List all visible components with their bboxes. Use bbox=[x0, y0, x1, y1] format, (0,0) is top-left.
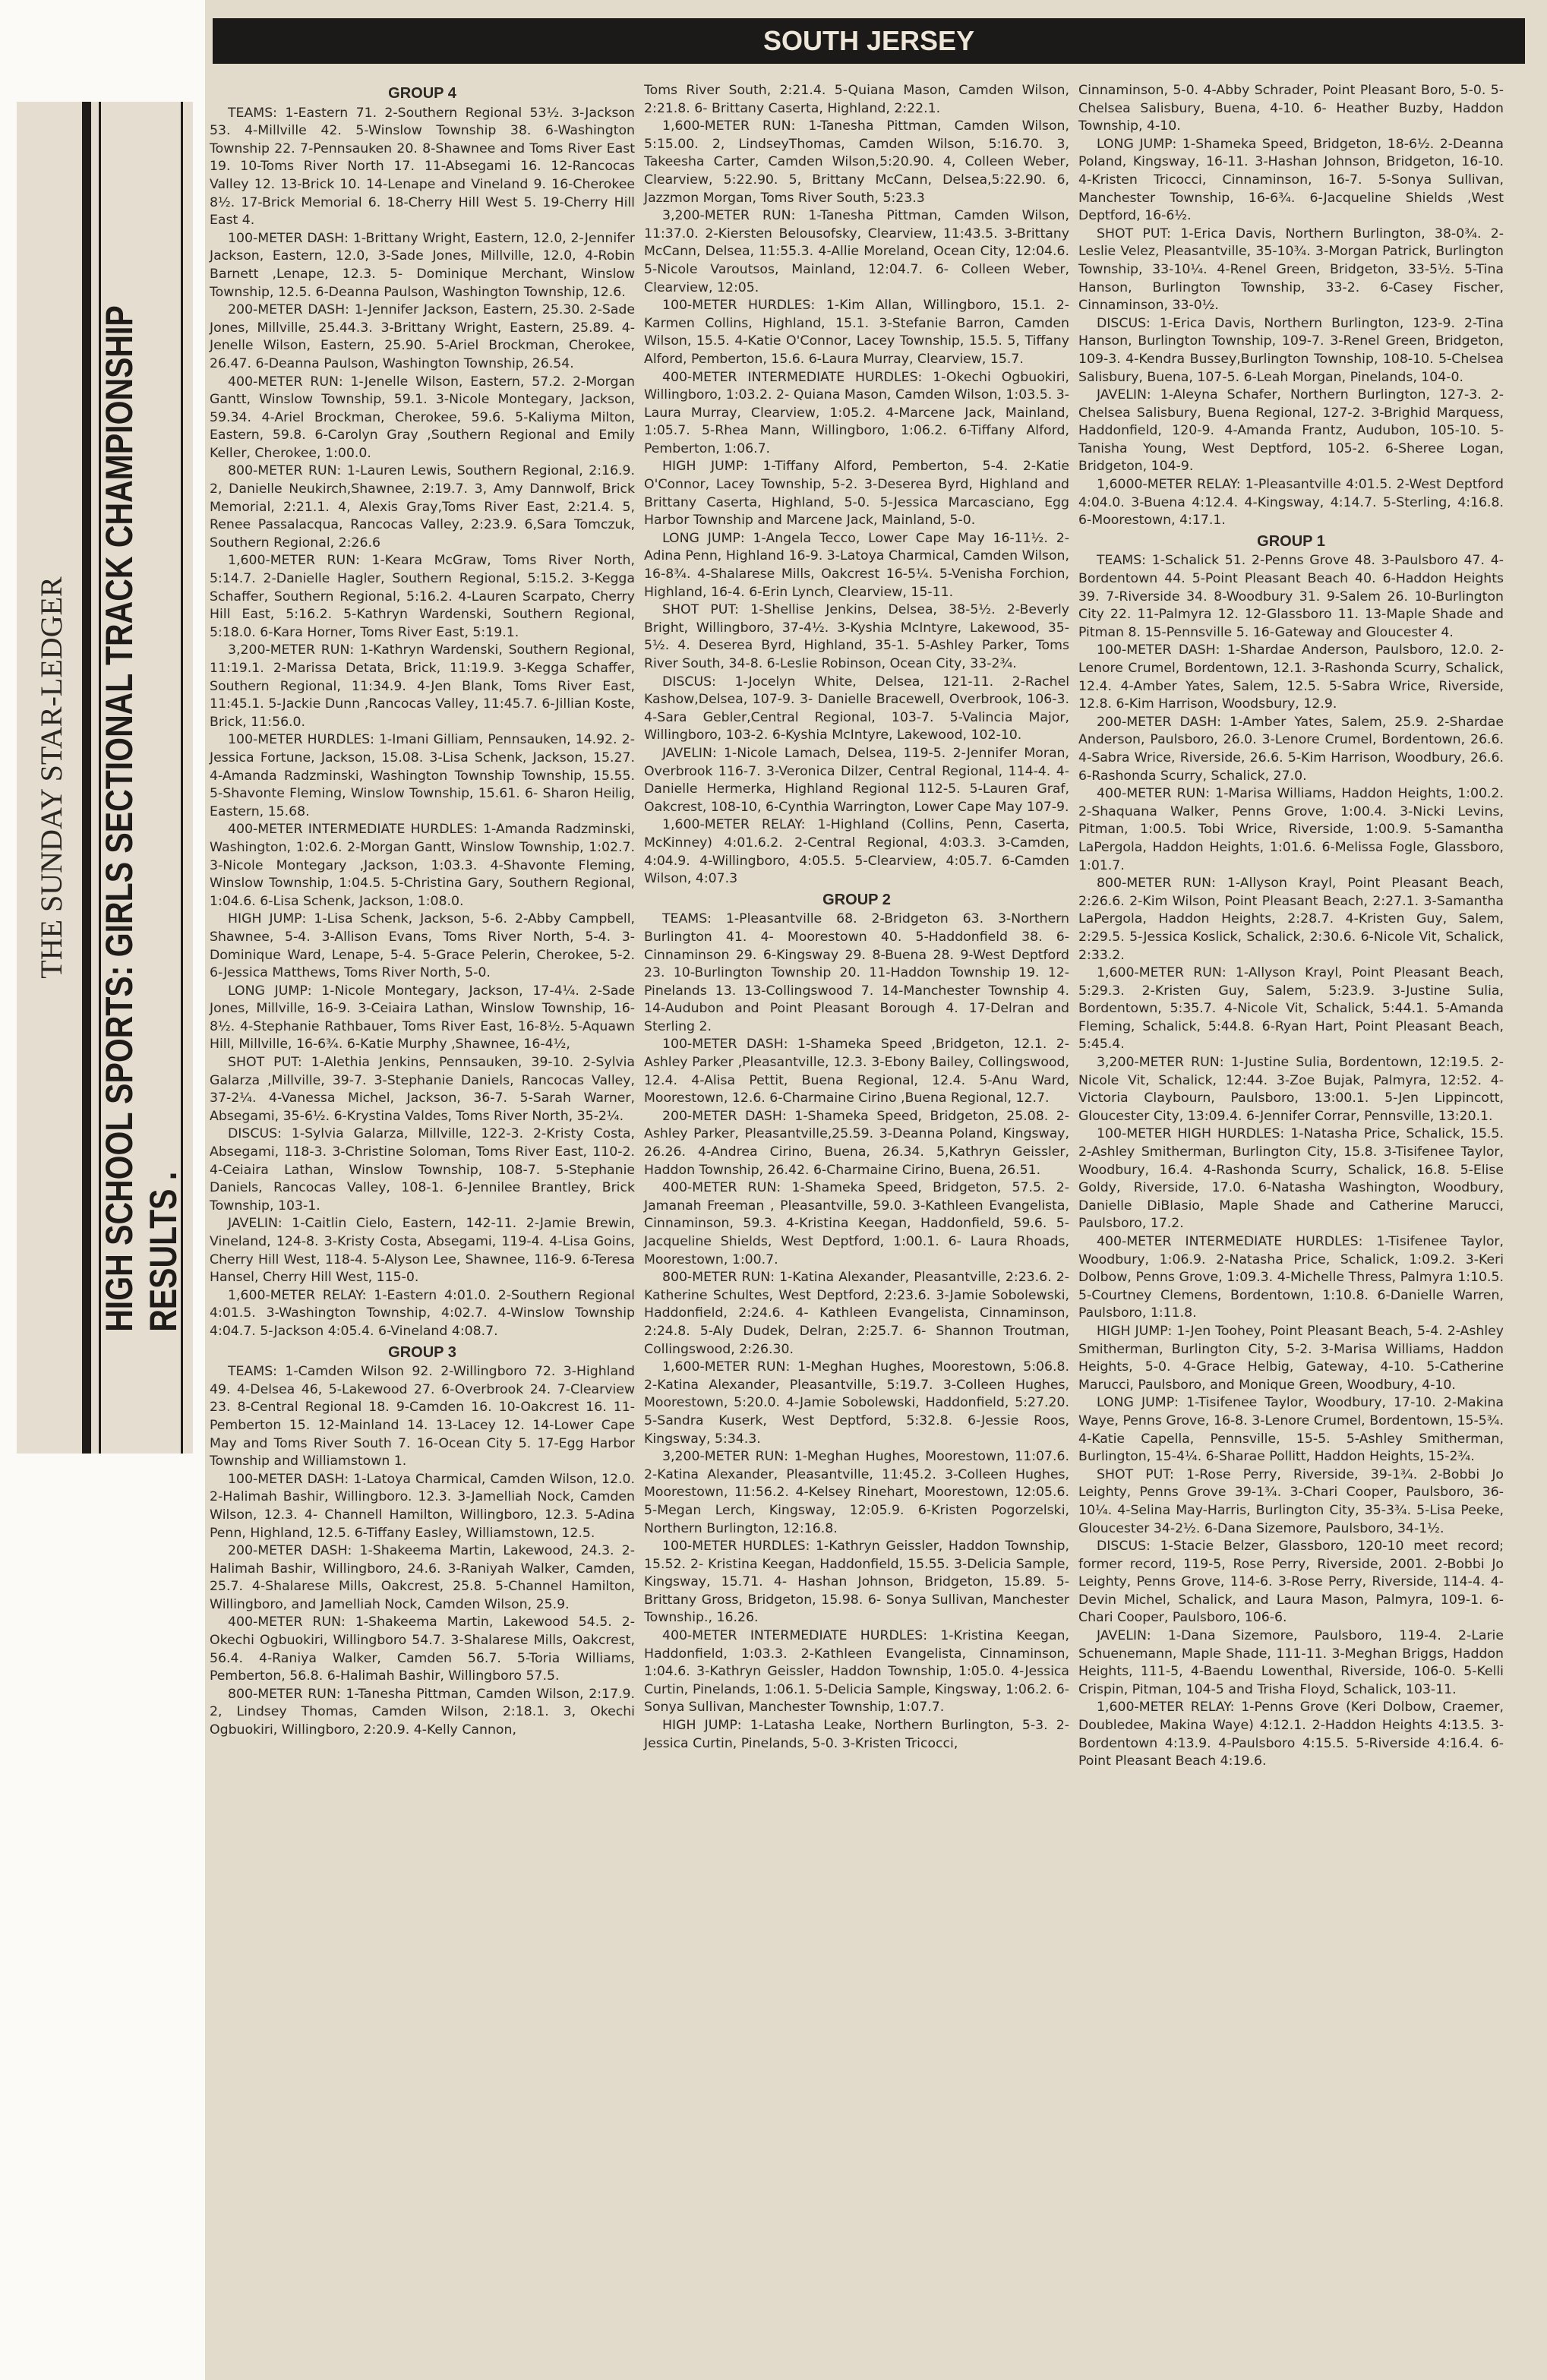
event-result: HIGH JUMP: 1-Latasha Leake, Northern Bur… bbox=[644, 1717, 1069, 1753]
event-result: 800-METER RUN: 1-Lauren Lewis, Southern … bbox=[210, 462, 635, 552]
event-result: TEAMS: 1-Camden Wilson 92. 2-Willingboro… bbox=[210, 1363, 635, 1471]
event-result: TEAMS: 1-Eastern 71. 2-Southern Regional… bbox=[210, 105, 635, 230]
event-result: DISCUS: 1-Jocelyn White, Delsea, 121-11.… bbox=[644, 674, 1069, 745]
event-result: 100-METER HURDLES: 1-Kim Allan, Willingb… bbox=[644, 297, 1069, 368]
event-result: 100-METER HIGH HURDLES: 1-Natasha Price,… bbox=[1078, 1125, 1504, 1233]
event-result: JAVELIN: 1-Aleyna Schafer, Northern Burl… bbox=[1078, 387, 1504, 476]
event-result: 3,200-METER RUN: 1-Meghan Hughes, Moores… bbox=[644, 1448, 1069, 1538]
divider bbox=[181, 102, 183, 1454]
event-result: LONG JUMP: 1-Nicole Montegary, Jackson, … bbox=[210, 983, 635, 1054]
group-heading: GROUP 4 bbox=[210, 85, 635, 103]
event-result: DISCUS: 1-Erica Davis, Northern Burlingt… bbox=[1078, 315, 1504, 387]
event-result: 400-METER INTERMEDIATE HURDLES: 1-Tisife… bbox=[1078, 1233, 1504, 1323]
event-result: 200-METER DASH: 1-Amber Yates, Salem, 25… bbox=[1078, 714, 1504, 785]
event-result: 100-METER DASH: 1-Brittany Wright, Easte… bbox=[210, 230, 635, 301]
event-result: 1,600-METER RELAY: 1-Highland (Collins, … bbox=[644, 816, 1069, 888]
event-result: TEAMS: 1-Schalick 51. 2-Penns Grove 48. … bbox=[1078, 552, 1504, 642]
event-result: 1,600-METER RUN: 1-Tanesha Pittman, Camd… bbox=[644, 118, 1069, 207]
event-result: 400-METER INTERMEDIATE HURDLES: 1-Okechi… bbox=[644, 369, 1069, 459]
event-result: 400-METER RUN: 1-Shakeema Martin, Lakewo… bbox=[210, 1614, 635, 1685]
event-result: SHOT PUT: 1-Rose Perry, Riverside, 39-1¾… bbox=[1078, 1466, 1504, 1538]
event-result: 200-METER DASH: 1-Shameka Speed, Bridget… bbox=[644, 1108, 1069, 1179]
event-result: 100-METER DASH: 1-Shardae Anderson, Paul… bbox=[1078, 642, 1504, 713]
event-result: DISCUS: 1-Stacie Belzer, Glassboro, 120-… bbox=[1078, 1538, 1504, 1627]
event-result: LONG JUMP: 1-Tisifenee Taylor, Woodbury,… bbox=[1078, 1394, 1504, 1466]
event-result: JAVELIN: 1-Dana Sizemore, Paulsboro, 119… bbox=[1078, 1627, 1504, 1699]
event-result: 400-METER RUN: 1-Shameka Speed, Bridgeto… bbox=[644, 1179, 1069, 1269]
event-result: 1,600-METER RUN: 1-Allyson Krayl, Point … bbox=[1078, 964, 1504, 1054]
event-result: 800-METER RUN: 1-Allyson Krayl, Point Pl… bbox=[1078, 875, 1504, 964]
group-heading: GROUP 3 bbox=[210, 1344, 635, 1362]
event-result: 100-METER HURDLES: 1-Imani Gilliam, Penn… bbox=[210, 731, 635, 821]
group-heading: GROUP 1 bbox=[1078, 533, 1504, 551]
event-result: 1,600-METER RUN: 1-Meghan Hughes, Moores… bbox=[644, 1359, 1069, 1448]
event-result: 1,6000-METER RELAY: 1-Pleasantville 4:01… bbox=[1078, 476, 1504, 530]
event-result: Toms River South, 2:21.4. 5-Quiana Mason… bbox=[644, 82, 1069, 118]
region-banner: SOUTH JERSEY bbox=[213, 18, 1525, 64]
event-result: 3,200-METER RUN: 1-Tanesha Pittman, Camd… bbox=[644, 207, 1069, 297]
divider bbox=[82, 102, 91, 1454]
event-result: HIGH JUMP: 1-Lisa Schenk, Jackson, 5-6. … bbox=[210, 911, 635, 982]
event-result: 100-METER HURDLES: 1-Kathryn Geissler, H… bbox=[644, 1538, 1069, 1627]
event-result: LONG JUMP: 1-Angela Tecco, Lower Cape Ma… bbox=[644, 530, 1069, 601]
section-headline: HIGH SCHOOL SPORTS: GIRLS SECTIONAL TRAC… bbox=[102, 223, 181, 1332]
event-result: 3,200-METER RUN: 1-Kathryn Wardenski, So… bbox=[210, 642, 635, 731]
event-result: 400-METER INTERMEDIATE HURDLES: 1-Amanda… bbox=[210, 821, 635, 911]
event-result: 400-METER RUN: 1-Marisa Williams, Haddon… bbox=[1078, 785, 1504, 875]
clipping-spine: THE SUNDAY STAR-LEDGER HIGH SCHOOL SPORT… bbox=[17, 102, 193, 1454]
column-2: Toms River South, 2:21.4. 5-Quiana Mason… bbox=[639, 82, 1074, 1771]
event-result: HIGH JUMP: 1-Tiffany Alford, Pemberton, … bbox=[644, 458, 1069, 529]
event-result: JAVELIN: 1-Caitlin Cielo, Eastern, 142-1… bbox=[210, 1215, 635, 1286]
event-result: 400-METER RUN: 1-Jenelle Wilson, Eastern… bbox=[210, 374, 635, 463]
event-result: 200-METER DASH: 1-Jennifer Jackson, East… bbox=[210, 301, 635, 373]
column-1: GROUP 4TEAMS: 1-Eastern 71. 2-Southern R… bbox=[205, 82, 639, 1771]
event-result: 400-METER INTERMEDIATE HURDLES: 1-Kristi… bbox=[644, 1627, 1069, 1717]
event-result: 1,600-METER RELAY: 1-Penns Grove (Keri D… bbox=[1078, 1699, 1504, 1770]
event-result: TEAMS: 1-Pleasantville 68. 2-Bridgeton 6… bbox=[644, 911, 1069, 1036]
group-heading: GROUP 2 bbox=[644, 892, 1069, 910]
event-result: 1,600-METER RUN: 1-Keara McGraw, Toms Ri… bbox=[210, 552, 635, 642]
results-columns: GROUP 4TEAMS: 1-Eastern 71. 2-Southern R… bbox=[205, 82, 1525, 1771]
event-result: SHOT PUT: 1-Alethia Jenkins, Pennsauken,… bbox=[210, 1054, 635, 1125]
event-result: JAVELIN: 1-Nicole Lamach, Delsea, 119-5.… bbox=[644, 745, 1069, 816]
event-result: SHOT PUT: 1-Shellise Jenkins, Delsea, 38… bbox=[644, 601, 1069, 673]
event-result: HIGH JUMP: 1-Jen Toohey, Point Pleasant … bbox=[1078, 1323, 1504, 1394]
newspaper-name: THE SUNDAY STAR-LEDGER bbox=[17, 102, 85, 1454]
event-result: 100-METER DASH: 1-Shameka Speed ,Bridget… bbox=[644, 1036, 1069, 1107]
event-result: Cinnaminson, 5-0. 4-Abby Schrader, Point… bbox=[1078, 82, 1504, 136]
column-3: Cinnaminson, 5-0. 4-Abby Schrader, Point… bbox=[1074, 82, 1508, 1771]
event-result: 800-METER RUN: 1-Tanesha Pittman, Camden… bbox=[210, 1686, 635, 1740]
event-result: 3,200-METER RUN: 1-Justine Sulia, Borden… bbox=[1078, 1054, 1504, 1125]
event-result: 800-METER RUN: 1-Katina Alexander, Pleas… bbox=[644, 1269, 1069, 1359]
event-result: 1,600-METER RELAY: 1-Eastern 4:01.0. 2-S… bbox=[210, 1287, 635, 1341]
event-result: DISCUS: 1-Sylvia Galarza, Millville, 122… bbox=[210, 1125, 635, 1215]
event-result: 100-METER DASH: 1-Latoya Charmical, Camd… bbox=[210, 1471, 635, 1542]
event-result: 200-METER DASH: 1-Shakeema Martin, Lakew… bbox=[210, 1542, 635, 1614]
newspaper-page: SOUTH JERSEY GROUP 4TEAMS: 1-Eastern 71.… bbox=[205, 0, 1547, 2380]
event-result: SHOT PUT: 1-Erica Davis, Northern Burlin… bbox=[1078, 226, 1504, 315]
event-result: LONG JUMP: 1-Shameka Speed, Bridgeton, 1… bbox=[1078, 136, 1504, 226]
